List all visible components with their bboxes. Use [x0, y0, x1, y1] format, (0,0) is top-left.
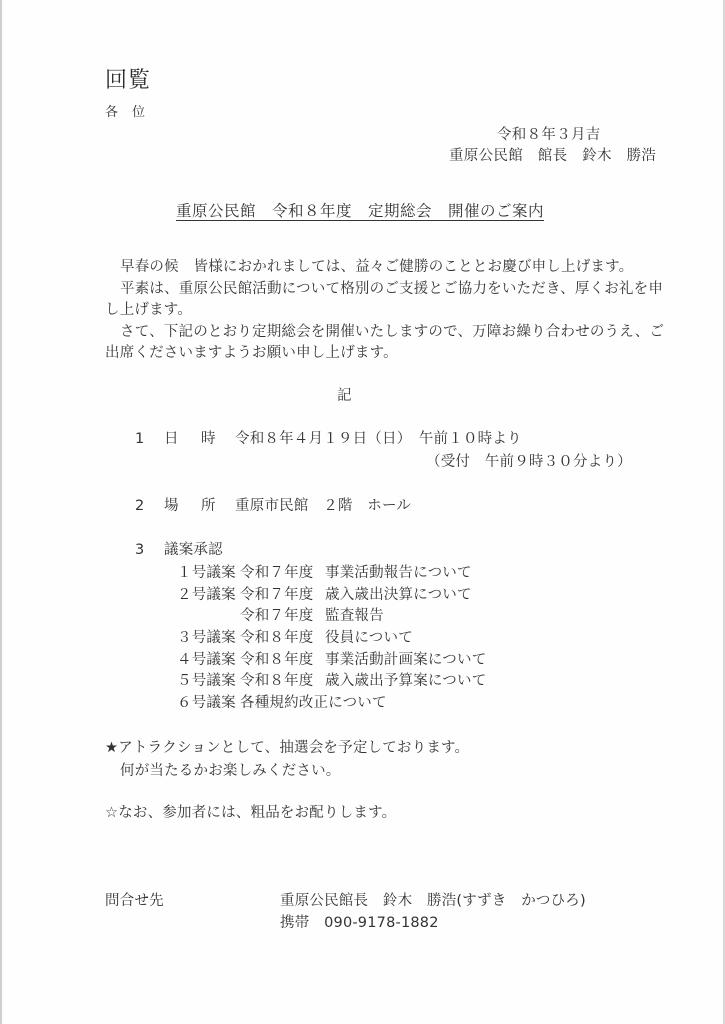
agenda-row: ４号議案 令和８年度 事業活動計画案について: [177, 653, 486, 675]
item-2-label: 場 所: [164, 499, 220, 514]
agenda-year: 令和７年度: [240, 609, 325, 631]
agenda-row: ３号議案 令和８年度 役員について: [177, 631, 486, 653]
agenda-number: ５号議案: [177, 674, 240, 696]
issue-date: 令和８年３月吉: [497, 128, 601, 143]
agenda-row: １号議案 令和７年度 事業活動報告について: [177, 566, 486, 588]
ki-marker: 記: [337, 389, 352, 404]
agenda-year: 令和８年度: [240, 653, 325, 675]
addressee: 各位: [105, 106, 159, 119]
agenda-year: 令和８年度: [240, 631, 325, 653]
item-1-value: 令和８年４月１９日（日） 午前１０時より: [235, 432, 522, 447]
agenda-subject: 各種規約改正について: [240, 696, 387, 718]
item-1-number: 1: [135, 432, 144, 447]
gift-note: ☆なお、参加者には、粗品をお配りします。: [105, 806, 396, 821]
greeting-line-1: 早春の候 皆様におかれましては、益々ご健勝のこととお慶び申し上げます。: [120, 260, 633, 275]
agenda-row: 令和７年度 監査報告: [177, 609, 486, 631]
item-3-label: 議案承認: [164, 543, 223, 558]
agenda-number: [177, 609, 240, 631]
document-title: 重原公民館 令和８年度 定期総会 開催のご案内: [176, 204, 544, 220]
item-1-subvalue: （受付 午前９時３０分より）: [426, 455, 632, 470]
attraction-note: ★アトラクションとして、抽選会を予定しております。: [105, 741, 469, 756]
agenda-year: 令和７年度: [240, 566, 325, 588]
greeting-line-4: さて、下記のとおり定期総会を開催いたしますので、万障お繰り合わせのうえ、ご: [120, 325, 664, 340]
attraction-note-2: 何が当たるかお楽しみください。: [120, 764, 341, 779]
contact-name: 重原公民館長 鈴木 勝浩(すずき かつひろ): [280, 894, 586, 909]
agenda-number: ４号議案: [177, 653, 240, 675]
greeting-line-3: し上げます。: [105, 303, 192, 318]
item-2-number: 2: [135, 499, 144, 514]
agenda-number: ３号議案: [177, 631, 240, 653]
agenda-number: ６号議案: [177, 696, 240, 718]
agenda-row: ２号議案 令和７年度 歳入歳出決算について: [177, 588, 486, 610]
agenda-subject: 歳入歳出決算について: [325, 588, 472, 610]
contact-label: 問合せ先: [105, 894, 164, 909]
agenda-year: 令和７年度: [240, 588, 325, 610]
sender: 重原公民館 館長 鈴木 勝浩: [449, 149, 656, 164]
item-2-value: 重原市民館 ２階 ホール: [235, 499, 411, 514]
agenda-row: ５号議案 令和８年度 歳入歳出予算案について: [177, 674, 486, 696]
agenda-subject: 役員について: [325, 631, 413, 653]
agenda-subject: 事業活動計画案について: [325, 653, 486, 675]
notice-document: 回覧 各位 令和８年３月吉 重原公民館 館長 鈴木 勝浩 重原公民館 令和８年度…: [0, 0, 725, 1024]
agenda-subject: 歳入歳出予算案について: [325, 674, 486, 696]
agenda-subject: 事業活動報告について: [325, 566, 472, 588]
item-3-number: 3: [135, 543, 144, 558]
agenda-row: ６号議案 各種規約改正について: [177, 696, 486, 718]
item-1-label: 日 時: [164, 432, 220, 447]
contact-phone: 携帯 090-9178-1882: [280, 916, 439, 931]
greeting-line-5: 出席くださいますようお願い申し上げます。: [105, 346, 398, 361]
agenda-number: ２号議案: [177, 588, 240, 610]
agenda-subject: 監査報告: [325, 609, 384, 631]
greeting-line-2: 平素は、重原公民館活動について格別のご支援とご協力をいただき、厚くお礼を申: [120, 282, 663, 297]
agenda-year: 令和８年度: [240, 674, 325, 696]
agenda-list: １号議案 令和７年度 事業活動報告について ２号議案 令和７年度 歳入歳出決算に…: [177, 566, 486, 718]
agenda-number: １号議案: [177, 566, 240, 588]
circular-label: 回覧: [105, 70, 151, 92]
